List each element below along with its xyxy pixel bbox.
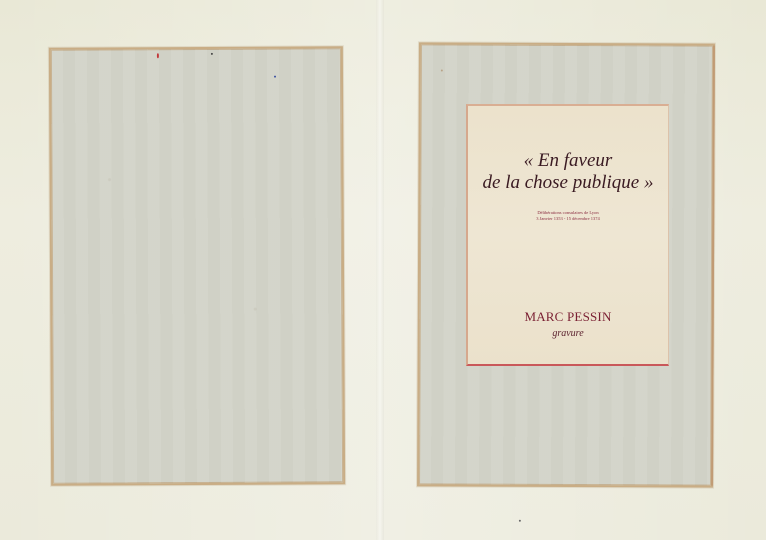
book-gutter bbox=[376, 0, 384, 540]
ink-speck bbox=[157, 53, 159, 58]
label-author: MARC PESSIN bbox=[468, 309, 668, 325]
label-subtitle: Délibérations consulaires de Lyon 3 Janv… bbox=[468, 210, 668, 222]
ink-speck bbox=[211, 53, 213, 55]
title-label-plate: « En faveur de la chose publique » Délib… bbox=[466, 104, 669, 366]
title-line-1: « En faveur bbox=[468, 150, 668, 172]
subtitle-line-2: 3 Janvier 1353 - 15 décembre 1374 bbox=[468, 216, 668, 222]
title-line-2: de la chose publique » bbox=[468, 172, 668, 194]
label-medium: gravure bbox=[468, 328, 668, 339]
label-title: « En faveur de la chose publique » bbox=[468, 150, 668, 194]
ink-speck bbox=[441, 69, 443, 71]
left-blank-sheet bbox=[49, 46, 345, 486]
ink-speck bbox=[274, 76, 276, 78]
ink-speck bbox=[519, 520, 521, 522]
